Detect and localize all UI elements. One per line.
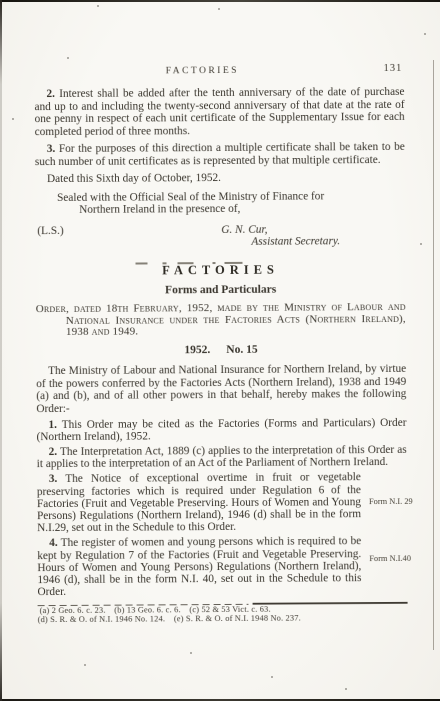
signatory-name: G. N. Cur, <box>221 223 405 236</box>
scan-speck <box>12 118 14 120</box>
article-text: The Notice of exceptional overtime in fr… <box>37 471 361 534</box>
section-subtitle: Forms and Particulars <box>36 283 406 297</box>
direction-item-2: 2. Interest shall be added after the ten… <box>34 86 404 139</box>
scan-speck <box>420 243 422 245</box>
margin-note-form-29: Form N.I. 29 <box>369 497 440 506</box>
order-year: 1952. <box>184 344 210 356</box>
scan-speck <box>97 5 99 7</box>
article-text: This Order may be cited as the Factories… <box>37 416 407 442</box>
running-head: FACTORIES 131 <box>34 65 404 80</box>
scan-speck <box>271 676 273 678</box>
article-text: The register of women and young persons … <box>37 535 361 598</box>
margin-note-form-40: Form N.I.40 <box>369 554 440 563</box>
seal-mark: (L.S.) <box>37 225 63 237</box>
page-content: FACTORIES 131 2. Interest shall be added… <box>34 65 407 625</box>
order-article-4: 4. The register of women and young perso… <box>37 535 407 598</box>
direction-item-3: 3. For the purposes of this direction a … <box>35 141 405 168</box>
item-text: Interest shall be added after the tenth … <box>35 86 405 138</box>
article-text: The Interpretation Act, 1889 (c) applies… <box>37 444 407 470</box>
scan-speck <box>345 688 347 690</box>
item-number: 2. <box>46 88 55 100</box>
running-head-title: FACTORIES <box>166 66 239 76</box>
order-article-2: 2. The Interpretation Act, 1889 (c) appl… <box>37 444 407 471</box>
order-article-3: 3. The Notice of exceptional overtime in… <box>37 471 407 534</box>
dated-line: Dated this Sixth day of October, 1952. <box>35 170 405 185</box>
order-article-1: 1. This Order may be cited as the Factor… <box>36 416 406 443</box>
footnote-line-2: (d) S. R. & O. of N.I. 1946 No. 124. (e)… <box>38 613 408 625</box>
item-number: 3. <box>47 143 56 155</box>
scan-edge-left <box>0 0 2 701</box>
scan-speck <box>84 664 86 666</box>
article-number: 4. <box>49 537 58 549</box>
signature-row: (L.S.) G. N. Cur, Assistant Secretary. <box>35 223 405 249</box>
order-number-line: 1952.No. 15 <box>36 343 406 357</box>
article-number: 2. <box>49 446 58 458</box>
scan-speck <box>67 57 69 59</box>
scan-dash <box>135 263 147 265</box>
signature-block: G. N. Cur, Assistant Secretary. <box>221 223 405 248</box>
scan-speck <box>424 33 426 35</box>
scan-artifact-dashes <box>135 253 405 258</box>
scan-speck <box>190 652 192 654</box>
section-title: FACTORIES <box>36 262 406 279</box>
signatory-title: Assistant Secretary. <box>221 235 405 248</box>
article-number: 1. <box>48 419 57 431</box>
item-text: For the purposes of this direction a mul… <box>35 141 405 168</box>
scanned-document-page: FACTORIES 131 2. Interest shall be added… <box>0 0 440 701</box>
page-number: 131 <box>384 63 403 74</box>
order-intro: The Ministry of Labour and National Insu… <box>36 363 406 416</box>
scan-edge-top <box>0 0 440 2</box>
order-number: No. 15 <box>226 344 257 356</box>
sealing-clause: Sealed with the Official Seal of the Min… <box>35 191 405 217</box>
article-number: 3. <box>49 473 58 485</box>
scan-speck <box>218 8 220 10</box>
order-preamble: Order, dated 18th February, 1952, made b… <box>36 302 406 340</box>
sealing-clause-line2: Northern Ireland in the presence of, <box>35 203 405 217</box>
